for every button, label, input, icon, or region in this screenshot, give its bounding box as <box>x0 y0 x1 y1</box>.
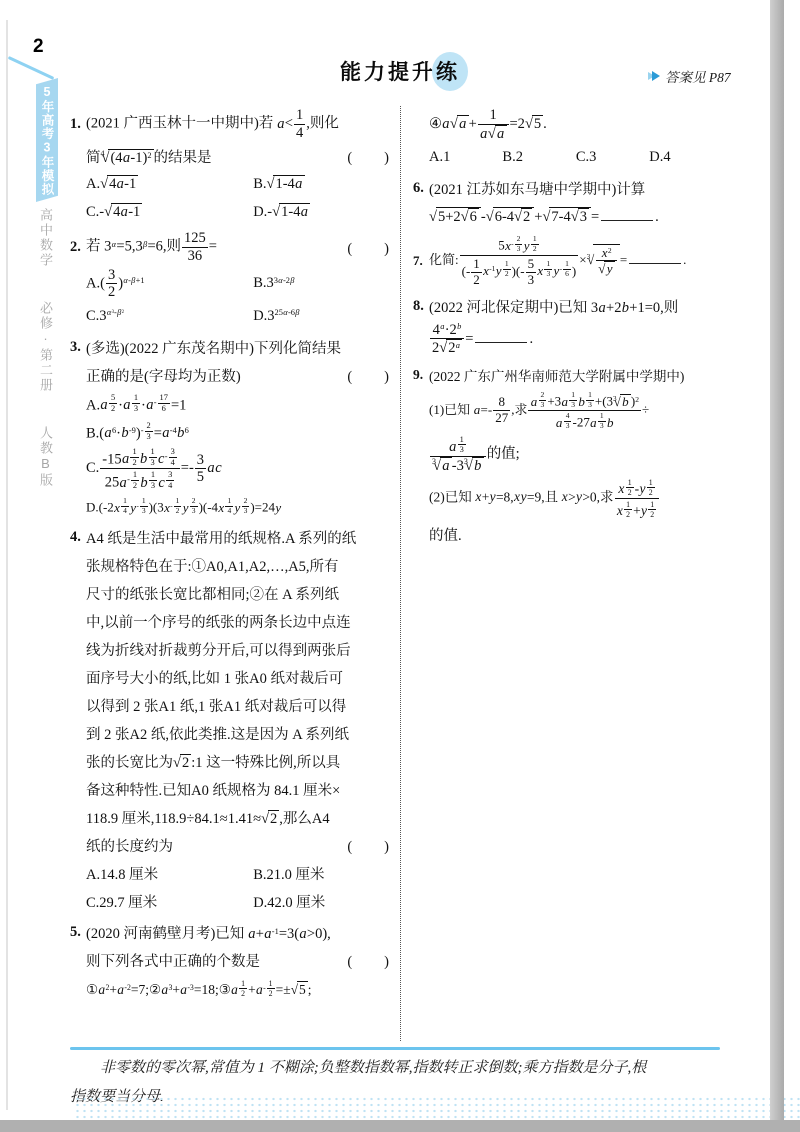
option-item: B.2 <box>502 149 575 166</box>
superscript: 12 <box>647 499 657 520</box>
page-title: 能力提升练 <box>70 56 730 86</box>
question-line: 4a·2b2√2a=. <box>429 321 730 358</box>
fraction: 14 <box>225 497 233 515</box>
question-line: ①a2+a-2=7;②a3+a-3=18;③a12+a-12=±√5; <box>86 975 390 1003</box>
fraction: 35 <box>195 452 206 486</box>
options-row: C.3α3-β2D.325α-6β <box>86 302 390 330</box>
superscript: 13 <box>131 392 141 414</box>
fraction: 12 <box>626 478 634 497</box>
superscript: 52 <box>108 392 118 414</box>
option-label: C. <box>86 308 99 324</box>
option-item: C.3 <box>576 149 649 166</box>
superscript: 2 <box>147 151 151 160</box>
question-number: 2. <box>70 239 86 256</box>
superscript: 13 <box>148 469 158 491</box>
spine-edition: 人教B版 <box>38 426 53 488</box>
arrow-icon <box>648 70 660 82</box>
fraction: 12 <box>648 500 656 519</box>
answer-reference-label: 答案见 P87 <box>665 66 731 86</box>
option-label: B. <box>253 176 266 192</box>
superscript: 3α-2β <box>274 276 295 285</box>
fraction: 13 <box>149 447 157 467</box>
spine-subject: 高中数学 <box>38 208 53 268</box>
fraction: 12 <box>503 260 511 278</box>
question-line: 尺寸的纸张长宽比都相同;②在 A 系列纸 <box>86 580 390 608</box>
fraction: 16 <box>563 260 571 278</box>
question-2: 2.若 3α=5,3β=6,则12536=( )A.(32)α-β+1B.33α… <box>70 229 390 330</box>
question-line: 118.9 厘米,118.9÷84.1≈1.41≈√2,那么A4 <box>86 804 390 832</box>
option-label: D. <box>253 895 267 911</box>
option-item: A.1 <box>429 149 502 166</box>
fraction: 1a√a <box>478 107 509 142</box>
option-label: D. <box>649 149 663 165</box>
superscript: 12 <box>646 477 656 498</box>
answer-bracket: ( ) <box>347 835 390 856</box>
question-line: 的值. <box>429 521 730 549</box>
fraction: 13 <box>569 391 577 409</box>
option-label: D. <box>253 204 267 220</box>
page-title-highlighted-char: 练 <box>436 56 460 86</box>
superscript: -12 <box>170 496 182 516</box>
options-row: A.√4a-1B.√1-4a <box>86 170 390 198</box>
superscript: α-β+1 <box>123 276 145 285</box>
superscript: 3 <box>112 310 114 315</box>
fraction: 12536 <box>182 230 208 264</box>
fraction: 52 <box>109 393 117 413</box>
sqrt: √6 <box>461 208 479 226</box>
superscript: 12 <box>129 446 139 468</box>
question-line: 线为折线对折裁剪分开后,可以得到两张后 <box>86 636 390 664</box>
sqrt: √2a <box>439 339 462 357</box>
answer-bracket: ( ) <box>347 146 390 167</box>
options-row: C.29.7 厘米D.42.0 厘米 <box>86 888 390 916</box>
superscript: a <box>455 341 460 350</box>
superscript: -9 <box>129 426 136 435</box>
spine-banner: 5年高考3年模拟 <box>36 78 58 202</box>
option-label: B. <box>253 275 266 291</box>
spine-volume: 必修·第二册 <box>38 301 53 393</box>
option-item: D.4 <box>649 149 730 166</box>
option-label: B. <box>502 149 515 165</box>
option-item: C.-√4a-1 <box>86 203 253 221</box>
option-label: C. <box>86 895 99 911</box>
fraction: 176 <box>158 393 170 413</box>
question-line: 5.(2020 河南鹤壁月考)已知 a+a-1=3(a>0), <box>86 919 390 947</box>
question-7: 7.化简:5x-23y12(-12x-1y12)(-53x13y-16)×3√x… <box>413 233 730 289</box>
question-6: 6.(2021 江苏如东马塘中学期中)计算√5+2√6-√6-4√2+√7-4√… <box>413 174 730 230</box>
question-line: 1.(2021 广西玉林十一中期中)若 a<14,则化 <box>86 106 390 142</box>
fraction: 5x-23y12(-12x-1y12)(-53x13y-16) <box>460 234 579 288</box>
superscript: 12 <box>238 978 248 999</box>
question-number: 8. <box>413 298 429 315</box>
superscript: -12 <box>127 469 140 491</box>
superscript: 13 <box>543 259 553 279</box>
superscript: -34 <box>165 446 178 468</box>
superscript: -23 <box>511 234 523 254</box>
superscript: b <box>457 322 462 331</box>
question-number: 7. <box>413 253 429 269</box>
superscript: 13 <box>148 446 158 468</box>
superscript: -4 <box>170 426 177 435</box>
question-number: 3. <box>70 339 86 356</box>
question-line: B.(a6·b-9)-23=a-4b6 <box>86 417 390 445</box>
sqrt: √5 <box>525 115 543 133</box>
question-line: 7.化简:5x-23y12(-12x-1y12)(-53x13y-16)×3√x… <box>429 233 730 289</box>
superscript: α3-β2 <box>107 308 124 317</box>
spine-banner-text: 5年高考3年模拟 <box>38 85 56 196</box>
fraction: 12 <box>239 979 247 998</box>
question-1: 1.(2021 广西玉林十一中期中)若 a<14,则化简4√(4a-1)2的结果… <box>70 106 390 226</box>
option-item: D.-√1-4a <box>253 203 390 221</box>
question-number: 5. <box>70 924 86 941</box>
fraction: -15a12b13c-3425a-12b13c34 <box>100 446 179 492</box>
superscript: 3 <box>168 984 172 993</box>
sqrt: 3√x2√y <box>587 244 620 279</box>
fraction: 53 <box>526 257 537 288</box>
question-line: a133√a-33√b的值; <box>429 433 730 476</box>
superscript: 14 <box>224 496 234 516</box>
sqrt: 3√a <box>432 457 452 475</box>
question-9: 9.(2022 广东广州华南师范大学附属中学期中)(1)已知 a=-827,求a… <box>413 361 730 549</box>
sqrt: √a <box>450 115 469 133</box>
options-row: A.14.8 厘米B.21.0 厘米 <box>86 860 390 888</box>
superscript: β <box>143 240 148 249</box>
option-item: B.21.0 厘米 <box>253 863 390 884</box>
fraction: 34 <box>169 447 177 467</box>
superscript: 13 <box>597 411 607 431</box>
sqrt: √1-4a <box>266 175 304 193</box>
question-line: √5+2√6-√6-4√2+√7-4√3=. <box>429 202 730 230</box>
question-line: A.a52·a13·a-176=1 <box>86 389 390 417</box>
option-label: A. <box>86 176 100 192</box>
superscript: 25α-6β <box>275 308 300 317</box>
superscript: 12 <box>623 499 633 520</box>
option-item: C.3α3-β2 <box>86 308 253 325</box>
sqrt: √1-4a <box>272 203 310 221</box>
page-edge-left <box>6 20 8 1110</box>
option-label: A. <box>86 275 100 291</box>
sqrt: √4a-1 <box>100 175 138 193</box>
page-edge-bottom <box>0 1120 800 1132</box>
question-line: 面序号大小的纸,比如 1 张A0 纸对裁后可 <box>86 664 390 692</box>
question-line: 6.(2021 江苏如东马塘中学期中)计算 <box>429 174 730 202</box>
superscript: 12 <box>530 234 540 254</box>
superscript: 2 <box>105 984 109 993</box>
fraction: 12 <box>267 979 275 998</box>
fraction: 12 <box>647 478 655 497</box>
option-item: B.33α-2β <box>253 275 390 292</box>
fraction: 43 <box>564 412 572 430</box>
fraction: 12 <box>624 500 632 519</box>
question-line: 3.(多选)(2022 广东茂名期中)下列化简结果 <box>86 333 390 361</box>
sqrt: √4a-1 <box>104 203 142 221</box>
sqrt: √2 <box>514 208 532 226</box>
answer-blank <box>629 252 681 265</box>
fraction: 12 <box>130 447 138 467</box>
content-columns: 1.(2021 广西玉林十一中期中)若 a<14,则化简4√(4a-1)2的结果… <box>70 106 730 1041</box>
fraction: 23 <box>515 235 523 253</box>
question-line: 9.(2022 广东广州华南师范大学附属中学期中) <box>429 361 730 389</box>
superscript: -12 <box>263 978 276 999</box>
fraction: 12 <box>131 470 139 490</box>
fraction: 12 <box>174 497 182 515</box>
sqrt: 3√b <box>613 394 631 410</box>
superscript: 23 <box>241 496 251 516</box>
answer-blank <box>601 207 653 221</box>
superscript: -13 <box>136 496 148 516</box>
option-item: A.(32)α-β+1 <box>86 266 253 302</box>
option-item: B.√1-4a <box>253 175 390 193</box>
dots-pattern <box>74 1096 800 1120</box>
answer-bracket: ( ) <box>347 237 390 258</box>
fraction: 14 <box>294 107 305 141</box>
question-line: (1)已知 a=-827,求a23+3a13b13+(33√b)2a43-27a… <box>429 389 730 433</box>
question-5: 5.(2020 河南鹤壁月考)已知 a+a-1=3(a>0),则下列各式中正确的… <box>70 919 390 1003</box>
footer-rule <box>70 1047 720 1050</box>
question-line: 4.A4 纸是生活中最常用的纸规格.A 系列的纸 <box>86 524 390 552</box>
question-4: 4.A4 纸是生活中最常用的纸规格.A 系列的纸张规格特色在于:①A0,A1,A… <box>70 524 390 916</box>
fraction: 23 <box>539 391 547 409</box>
question-number: 4. <box>70 529 86 546</box>
question-line: 张规格特色在于:①A0,A1,A2,…,A5,所有 <box>86 552 390 580</box>
option-item: A.√4a-1 <box>86 175 253 193</box>
options-row: C.-√4a-1D.-√1-4a <box>86 198 390 226</box>
option-label: A. <box>86 867 100 883</box>
option-item: D.325α-6β <box>253 308 390 325</box>
question-line: 正确的是(字母均为正数)( ) <box>86 361 390 389</box>
fraction: 14 <box>121 497 129 515</box>
superscript: 34 <box>165 469 175 491</box>
question-line: D.(-2x14y-13)(3x-12y23)(-4x14y23)=24y <box>86 493 390 521</box>
question-line: 备这种特性.已知A0 纸规格为 84.1 厘米× <box>86 776 390 804</box>
superscript: 13 <box>568 390 578 410</box>
question-line: 2.若 3α=5,3β=6,则12536=( ) <box>86 229 390 265</box>
question-line: C.-15a12b13c-3425a-12b13c34=-35ac <box>86 445 390 493</box>
question-line: 中,以前一个序号的纸张的两条长边中点连 <box>86 608 390 636</box>
book-page: 2 5年高考3年模拟 高中数学 必修·第二册 人教B版 能力提升练 答案见 P8… <box>0 0 800 1132</box>
question-line: 纸的长度约为( ) <box>86 832 390 860</box>
footer-note-line: 非零数的零次幂,常值为 1 不糊涂;负整数指数幂,指数转正求倒数;乘方指数是分子… <box>70 1054 738 1083</box>
superscript: -3 <box>187 984 194 993</box>
superscript: 23 <box>189 496 199 516</box>
sqrt: √5 <box>291 981 308 998</box>
fraction: 13 <box>544 260 552 278</box>
superscript: 13 <box>585 390 595 410</box>
superscript: a <box>440 322 445 331</box>
fraction: 13 <box>598 412 606 430</box>
question-line: 张的长宽比为√2:1 这一特殊比例,所以具 <box>86 748 390 776</box>
sqrt: √5+2√6 <box>429 207 481 226</box>
superscript: -16 <box>560 259 572 279</box>
sqrt: 3√b <box>464 457 484 475</box>
answer-bracket: ( ) <box>347 950 390 971</box>
question-line: 8.(2022 河北保定期中)已知 3a+2b+1=0,则 <box>429 293 730 321</box>
question-continuation: ④a√a+1a√a=2√5.A.1B.2C.3D.4 <box>413 106 730 171</box>
option-label: D. <box>253 308 267 324</box>
fraction: 13 <box>132 393 140 413</box>
option-label: A. <box>429 149 443 165</box>
fraction: 13 <box>458 435 466 455</box>
sqrt: 4√(4a-1)2 <box>101 149 154 167</box>
question-number: 1. <box>70 116 86 133</box>
question-line: 则下列各式中正确的个数是( ) <box>86 947 390 975</box>
superscript: -23 <box>141 420 154 442</box>
fraction: a23+3a13b13+(33√b)2a43-27a13b <box>528 390 641 432</box>
page-number: 2 <box>33 36 44 58</box>
superscript: 6 <box>185 426 189 435</box>
superscript: -1 <box>272 927 279 936</box>
question-line: ④a√a+1a√a=2√5. <box>429 106 730 143</box>
question-line: 以得到 2 张A1 纸,1 张A1 纸对裁后可以得 <box>86 692 390 720</box>
option-item: C.29.7 厘米 <box>86 891 253 912</box>
superscript: 6 <box>112 426 116 435</box>
question-line: 到 2 张A2 纸,依此类推.这是因为 A 系列纸 <box>86 720 390 748</box>
answer-bracket: ( ) <box>347 365 390 386</box>
option-item: D.42.0 厘米 <box>253 891 390 912</box>
sqrt: √2 <box>261 810 279 828</box>
option-label: C. <box>86 204 99 220</box>
superscript: -176 <box>154 392 171 414</box>
fraction: 23 <box>242 497 250 515</box>
superscript: 2 <box>608 247 612 255</box>
superscript: 2 <box>122 310 124 315</box>
question-number: 9. <box>413 367 429 383</box>
fraction: 13 <box>586 391 594 409</box>
superscript: 12 <box>502 259 512 279</box>
fraction: 827 <box>493 395 510 426</box>
page-title-main: 能力提升 <box>340 61 436 84</box>
fraction: 4a·2b2√2a <box>430 322 464 357</box>
question-line: (2)已知 x+y=8,xy=9,且 x>y>0,求x12-y12x12+y12 <box>429 476 730 521</box>
options-row: A.(32)α-β+1B.33α-2β <box>86 266 390 302</box>
superscript: 2 <box>635 396 639 404</box>
options-row: A.1B.2C.3D.4 <box>429 143 730 171</box>
left-column: 1.(2021 广西玉林十一中期中)若 a<14,则化简4√(4a-1)2的结果… <box>70 106 400 1006</box>
sqrt: √2 <box>173 754 191 772</box>
fraction: 12 <box>471 257 482 288</box>
fraction: 23 <box>190 497 198 515</box>
fraction: x2√y <box>596 246 617 278</box>
answer-blank <box>475 329 527 343</box>
fraction: 32 <box>106 267 117 301</box>
option-label: B. <box>253 867 266 883</box>
superscript: 43 <box>563 411 573 431</box>
fraction: a133√a-33√b <box>430 434 486 475</box>
question-8: 8.(2022 河北保定期中)已知 3a+2b+1=0,则4a·2b2√2a=. <box>413 293 730 358</box>
question-3: 3.(多选)(2022 广东茂名期中)下列化简结果正确的是(字母均为正数)( )… <box>70 333 390 521</box>
fraction: 13 <box>149 470 157 490</box>
right-column: ④a√a+1a√a=2√5.A.1B.2C.3D.46.(2021 江苏如东马塘… <box>400 106 730 1041</box>
superscript: 13 <box>457 434 467 456</box>
question-number: 6. <box>413 180 429 197</box>
superscript: 23 <box>538 390 548 410</box>
fraction: x12-y12x12+y12 <box>615 477 660 520</box>
sqrt: √3 <box>571 208 589 226</box>
page-edge-right <box>770 0 784 1132</box>
fraction: 12 <box>531 235 539 253</box>
superscript: α <box>111 240 116 249</box>
option-label: C. <box>576 149 589 165</box>
fraction: 34 <box>166 470 174 490</box>
corner-decoration-line <box>8 56 55 80</box>
superscript: 12 <box>625 477 635 498</box>
spine-text: 高中数学 必修·第二册 人教B版 <box>36 208 55 488</box>
sqrt: √y <box>598 261 615 277</box>
fraction: 13 <box>140 497 148 515</box>
fraction: 23 <box>145 421 153 441</box>
superscript: -2 <box>124 984 131 993</box>
question-line: 简4√(4a-1)2的结果是( ) <box>86 142 390 170</box>
option-item: A.14.8 厘米 <box>86 863 253 884</box>
sqrt: √7-4√3 <box>542 207 591 226</box>
answer-reference: 答案见 P87 <box>648 66 731 86</box>
sqrt: √a <box>488 125 507 143</box>
sqrt: √6-4√2 <box>486 207 535 226</box>
superscript: 14 <box>120 496 130 516</box>
